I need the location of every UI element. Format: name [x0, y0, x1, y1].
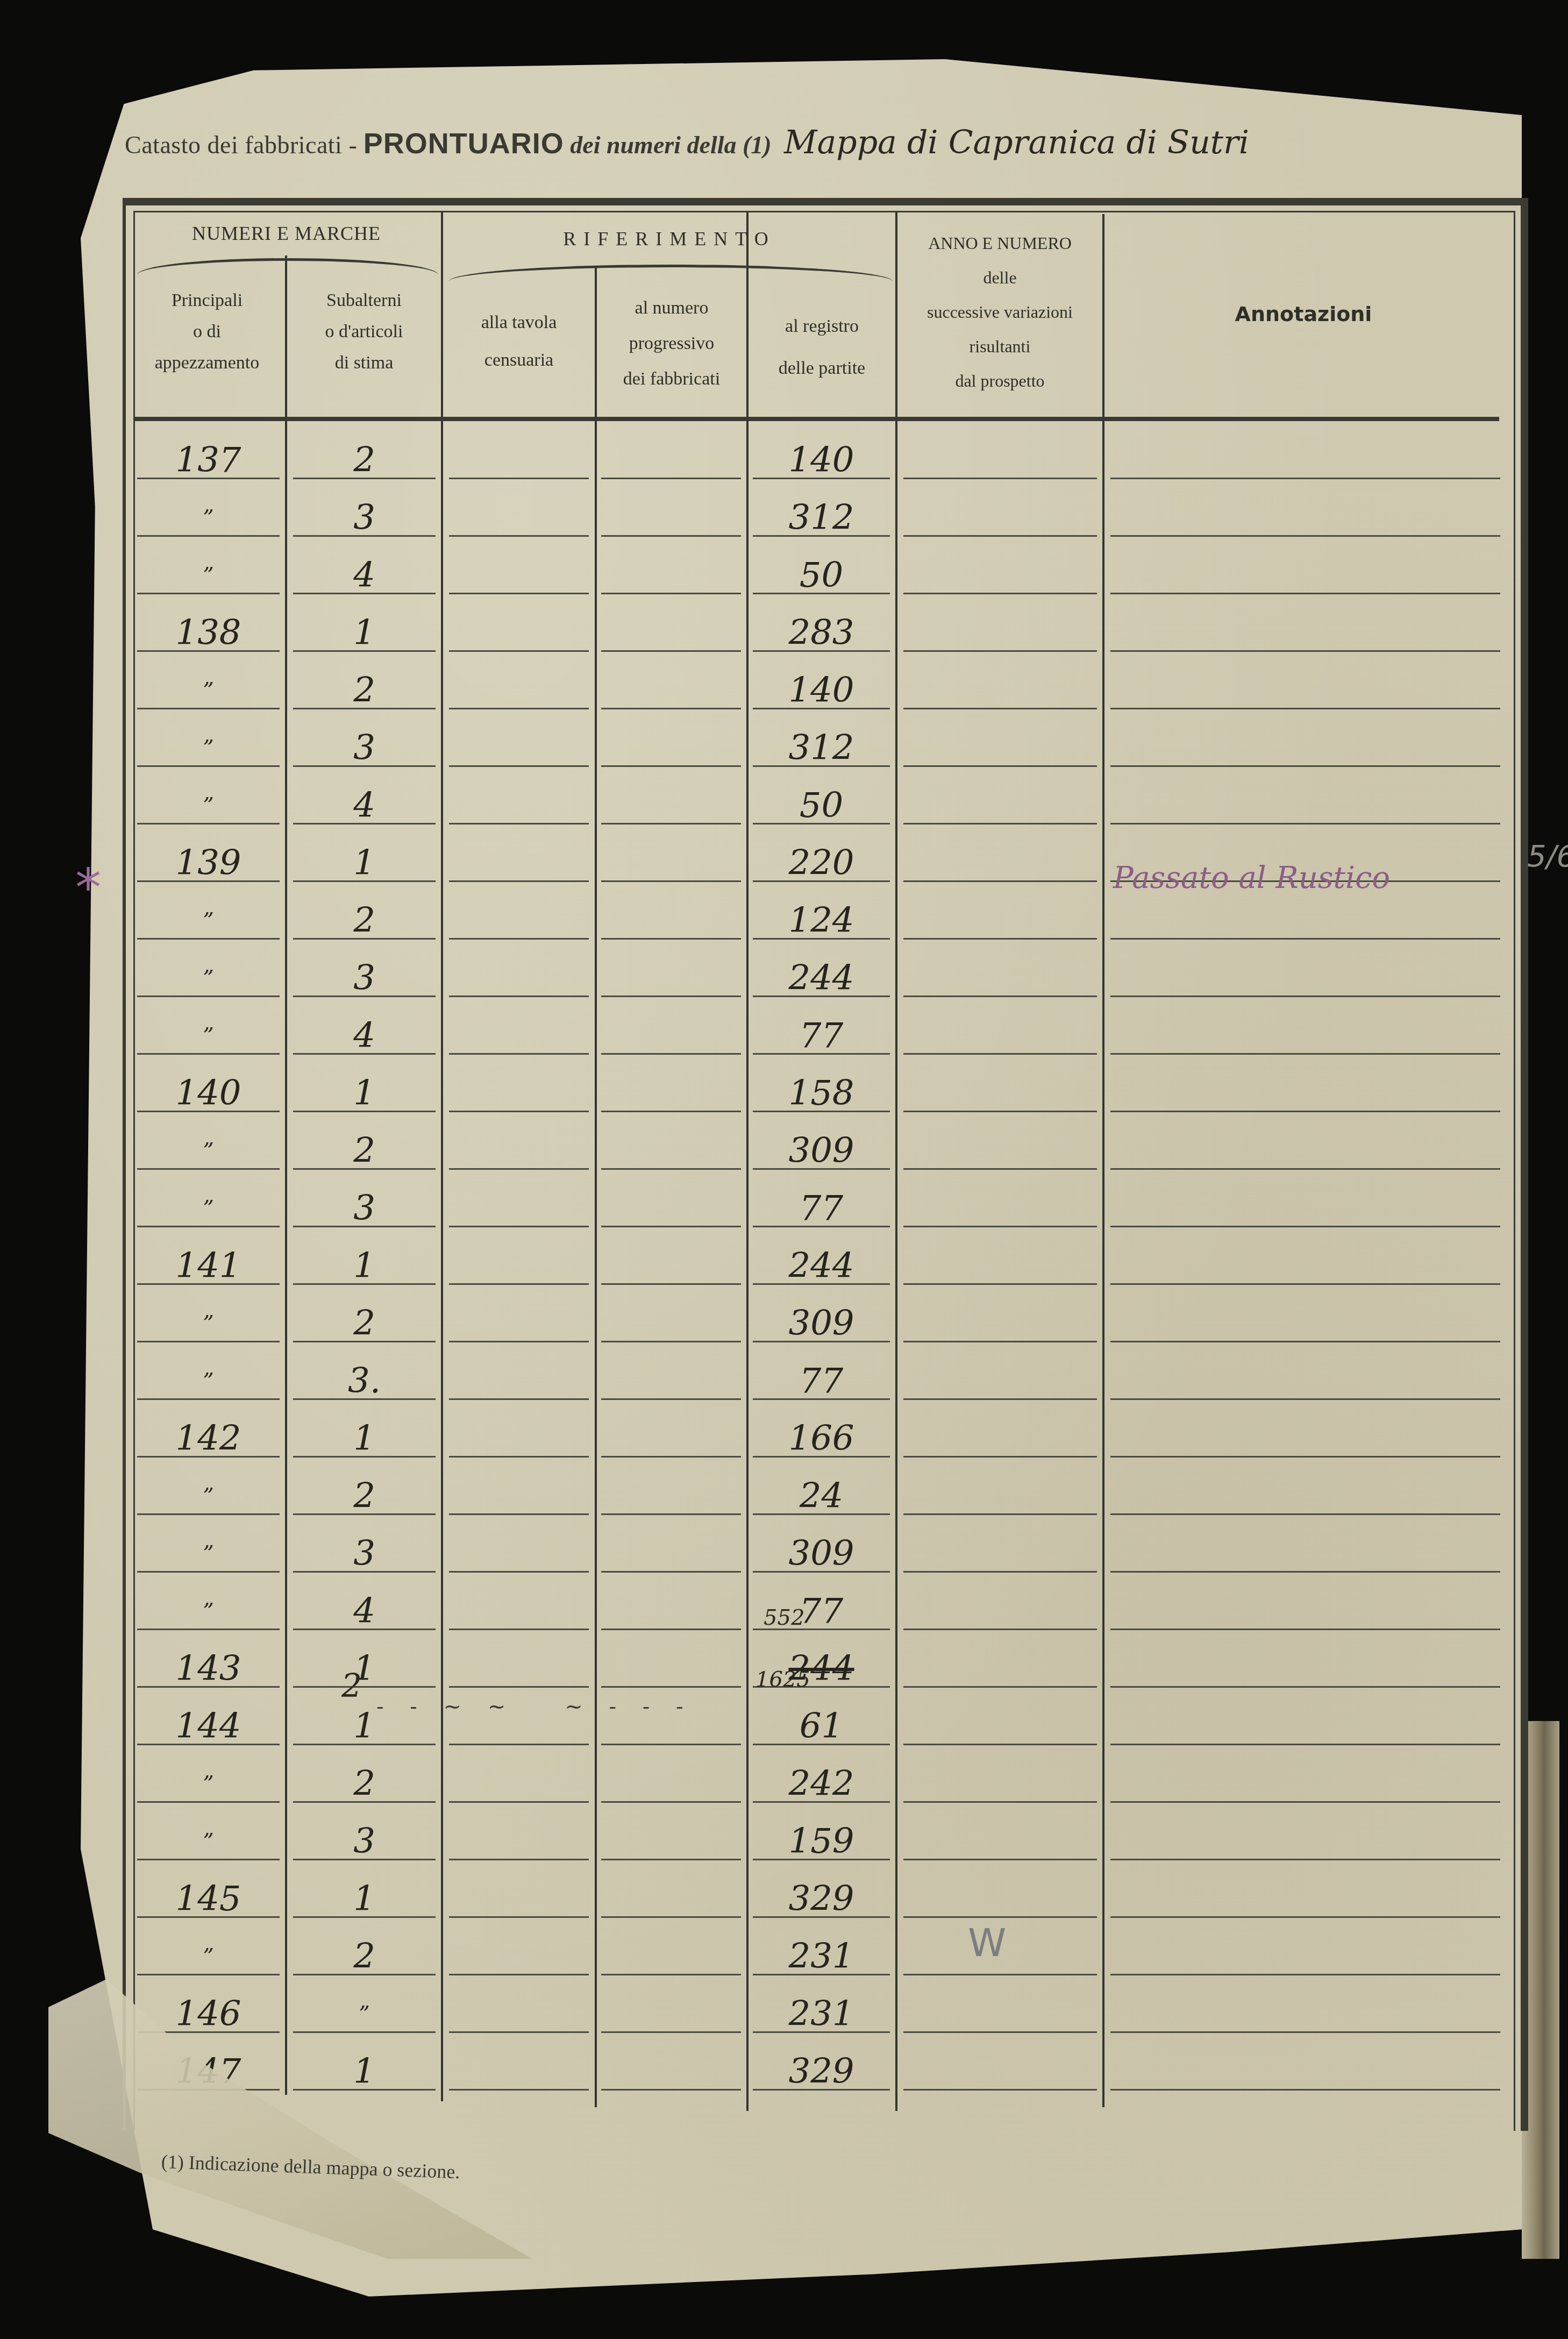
- row-rule: [903, 1513, 1097, 1515]
- row-rule: [601, 1283, 741, 1285]
- row-rule: [903, 1168, 1097, 1170]
- row-rule: [601, 765, 741, 767]
- row-rule: [601, 1456, 741, 1458]
- cell-principale: ”: [137, 899, 280, 942]
- row-rule: [903, 1801, 1097, 1803]
- title-subtitle: dei numeri della (1): [570, 131, 771, 159]
- row-rule: [903, 880, 1097, 882]
- cell-registro: 24: [753, 1475, 890, 1518]
- row-rule: [903, 650, 1097, 652]
- row-rule: [903, 1341, 1097, 1342]
- cell-subalterno: 3: [293, 1187, 436, 1230]
- row-rule: [903, 1629, 1097, 1630]
- margin-pencil-note: 5/60: [1527, 839, 1568, 874]
- header-rule: [133, 417, 1499, 421]
- row-rule: [1110, 650, 1500, 652]
- row-rule: [449, 1859, 589, 1860]
- row-rule: [903, 823, 1097, 824]
- col-divider: [1102, 214, 1104, 2107]
- cell-principale: 143: [137, 1647, 280, 1690]
- cell-principale: 137: [137, 439, 280, 482]
- header-tavola: alla tavola censuaria: [443, 304, 595, 379]
- col-divider: [441, 211, 443, 2101]
- cell-registro: 158: [753, 1072, 890, 1115]
- cell-registro: 244: [753, 1245, 890, 1288]
- correction-sub-2: 2: [341, 1667, 362, 1705]
- row-rule: [1110, 1513, 1500, 1515]
- row-rule: [903, 996, 1097, 997]
- row-rule: [1110, 1341, 1500, 1342]
- row-rule: [449, 1226, 589, 1227]
- cell-subalterno: 1: [293, 1417, 436, 1460]
- cell-subalterno: 2: [293, 1302, 436, 1345]
- cell-registro: 312: [753, 496, 890, 539]
- cell-registro: 244: [753, 957, 890, 1000]
- title-handwritten-mappa: Mappa di Capranica di Sutri: [784, 124, 1249, 161]
- cell-subalterno: 4: [293, 784, 436, 827]
- row-rule: [903, 1398, 1097, 1400]
- pencil-mark: W: [968, 1920, 1006, 1965]
- row-rule: [601, 2089, 741, 2091]
- row-rule: [449, 1513, 589, 1515]
- cell-principale: ”: [137, 1590, 280, 1633]
- cell-subalterno: 3: [293, 1532, 436, 1575]
- asterisk-marker: *: [75, 858, 101, 918]
- row-rule: [601, 593, 741, 594]
- header-registro: al registro delle partite: [749, 305, 895, 389]
- row-rule: [601, 1859, 741, 1860]
- header-anno-numero: ANNO E NUMERO delle successive variazion…: [897, 226, 1102, 398]
- row-rule: [449, 650, 589, 652]
- cell-registro: 166: [753, 1417, 890, 1460]
- row-rule: [1110, 938, 1500, 940]
- row-rule: [903, 708, 1097, 709]
- cell-principale: ”: [137, 1820, 280, 1863]
- row-rule: [449, 765, 589, 767]
- row-rule: [903, 1571, 1097, 1573]
- row-rule: [601, 1341, 741, 1342]
- title-main: PRONTUARIO: [364, 127, 564, 160]
- row-rule: [601, 1629, 741, 1630]
- row-rule: [601, 1513, 741, 1515]
- row-rule: [1110, 823, 1500, 824]
- row-rule: [601, 1168, 741, 1170]
- row-rule: [903, 1456, 1097, 1458]
- cell-registro: 124: [753, 899, 890, 942]
- row-rule: [449, 1801, 589, 1803]
- cell-subalterno: 3: [293, 957, 436, 1000]
- title-prefix: Catasto dei fabbricati -: [125, 131, 357, 159]
- row-rule: [449, 938, 589, 940]
- row-rule: [903, 2031, 1097, 2033]
- correction-552: 552: [764, 1605, 804, 1630]
- cell-registro: 329: [753, 1878, 890, 1921]
- row-rule: [903, 1744, 1097, 1745]
- cell-principale: 142: [137, 1417, 280, 1460]
- row-rule: [449, 1111, 589, 1112]
- cell-registro: 312: [753, 727, 890, 770]
- cell-registro: 231: [753, 1935, 890, 1978]
- cell-registro: 77: [753, 1187, 890, 1230]
- correction-1625: 1625: [756, 1667, 810, 1692]
- cell-registro: 77: [753, 1014, 890, 1057]
- cell-registro: 50: [753, 784, 890, 827]
- row-rule: [449, 1916, 589, 1918]
- cell-subalterno: 1: [293, 1647, 436, 1690]
- row-rule: [601, 1686, 741, 1688]
- cell-subalterno: 2: [293, 439, 436, 482]
- row-rule: [1110, 2031, 1500, 2033]
- cell-principale: ”: [137, 1302, 280, 1345]
- cell-subalterno: 4: [293, 1590, 436, 1633]
- row-rule: [903, 535, 1097, 537]
- cell-principale: ”: [137, 1129, 280, 1172]
- row-rule: [903, 1111, 1097, 1112]
- row-rule: [601, 478, 741, 479]
- row-rule: [601, 880, 741, 882]
- cell-subalterno: ”: [293, 1993, 436, 2036]
- dash-trail: ‐ ‐ ~ ~ ~ ‐ ‐ ‐: [376, 1694, 693, 1719]
- row-rule: [449, 478, 589, 479]
- row-rule: [601, 823, 741, 824]
- cell-registro: 140: [753, 669, 890, 712]
- cell-principale: ”: [137, 669, 280, 712]
- cell-subalterno: 3: [293, 727, 436, 770]
- row-rule: [903, 1916, 1097, 1918]
- cell-registro: 309: [753, 1129, 890, 1172]
- row-rule: [449, 1283, 589, 1285]
- col-divider: [285, 255, 287, 2095]
- cell-subalterno: 4: [293, 554, 436, 597]
- header-annotazioni: Annotazioni: [1104, 298, 1502, 330]
- cell-subalterno: 2: [293, 669, 436, 712]
- row-rule: [449, 1629, 589, 1630]
- row-rule: [601, 1974, 741, 1975]
- row-rule: [449, 823, 589, 824]
- row-rule: [601, 708, 741, 709]
- row-rule: [449, 2031, 589, 2033]
- row-rule: [1110, 1398, 1500, 1400]
- cell-principale: ”: [137, 957, 280, 1000]
- header-numero-progressivo: al numero progressivo dei fabbricati: [597, 290, 746, 397]
- row-rule: [449, 996, 589, 997]
- header-principali: Principali o di appezzamento: [129, 285, 285, 379]
- row-rule: [449, 708, 589, 709]
- row-rule: [449, 880, 589, 882]
- row-rule: [1110, 708, 1500, 709]
- col-divider: [746, 212, 749, 2111]
- row-rule: [1110, 1283, 1500, 1285]
- cell-registro: 50: [753, 554, 890, 597]
- cell-principale: 140: [137, 1072, 280, 1115]
- cell-registro: 231: [753, 1993, 890, 2036]
- row-rule: [1110, 765, 1500, 767]
- row-rule: [449, 593, 589, 594]
- row-rule: [601, 1111, 741, 1112]
- cell-registro: 220: [753, 842, 890, 885]
- row-rule: [1110, 535, 1500, 537]
- header-subalterni: Subalterni o d'articoli di stima: [287, 285, 441, 379]
- cell-registro: 329: [753, 2050, 890, 2093]
- row-rule: [1110, 1168, 1500, 1170]
- cell-subalterno: 3: [293, 1820, 436, 1863]
- row-rule: [1110, 1916, 1500, 1918]
- cell-subalterno: 1: [293, 1245, 436, 1288]
- row-rule: [449, 2089, 589, 2091]
- header-riferimento: RIFERIMENTO: [444, 223, 895, 254]
- row-rule: [1110, 1111, 1500, 1112]
- cell-subalterno: 2: [293, 1762, 436, 1805]
- row-rule: [601, 1571, 741, 1573]
- row-rule: [601, 650, 741, 652]
- cell-principale: ”: [137, 1360, 280, 1403]
- cell-principale: 138: [137, 612, 280, 655]
- cell-principale: 139: [137, 842, 280, 885]
- row-rule: [903, 1226, 1097, 1227]
- row-rule: [1110, 1801, 1500, 1803]
- cell-subalterno: 3.: [293, 1360, 436, 1403]
- cell-registro: 309: [753, 1532, 890, 1575]
- row-rule: [601, 1226, 741, 1227]
- row-rule: [1110, 2089, 1500, 2091]
- row-rule: [601, 996, 741, 997]
- col-divider: [595, 268, 597, 2107]
- cell-subalterno: 1: [293, 612, 436, 655]
- row-rule: [449, 1974, 589, 1975]
- row-rule: [601, 1053, 741, 1055]
- row-rule: [601, 2031, 741, 2033]
- row-rule: [903, 1974, 1097, 1975]
- row-rule: [449, 1744, 589, 1745]
- cell-principale: ”: [137, 496, 280, 539]
- row-rule: [903, 478, 1097, 479]
- cell-subalterno: 2: [293, 1475, 436, 1518]
- row-rule: [1110, 1629, 1500, 1630]
- row-rule: [1110, 1226, 1500, 1227]
- row-rule: [449, 1053, 589, 1055]
- cell-registro: 159: [753, 1820, 890, 1863]
- cell-subalterno: 3: [293, 496, 436, 539]
- row-rule: [1110, 1744, 1500, 1745]
- row-rule: [601, 1801, 741, 1803]
- cell-principale: 144: [137, 1705, 280, 1748]
- row-rule: [903, 1053, 1097, 1055]
- row-rule: [1110, 1456, 1500, 1458]
- cell-principale: ”: [137, 784, 280, 827]
- row-rule: [903, 1686, 1097, 1688]
- page-title: Catasto dei fabbricati - PRONTUARIO dei …: [125, 124, 1249, 161]
- row-rule: [903, 593, 1097, 594]
- cell-subalterno: 2: [293, 899, 436, 942]
- row-rule: [1110, 1686, 1500, 1688]
- cell-principale: ”: [137, 1532, 280, 1575]
- row-rule: [1110, 1571, 1500, 1573]
- cell-registro: 242: [753, 1762, 890, 1805]
- row-rule: [449, 1341, 589, 1342]
- cell-subalterno: 2: [293, 1935, 436, 1978]
- cell-principale: ”: [137, 727, 280, 770]
- cell-subalterno: 1: [293, 1072, 436, 1115]
- cell-principale: ”: [137, 1475, 280, 1518]
- row-rule: [903, 2089, 1097, 2091]
- header-numeri-e-marche: NUMERI E MARCHE: [132, 218, 441, 249]
- col-divider: [895, 212, 897, 2111]
- row-rule: [1110, 1974, 1500, 1975]
- cell-principale: ”: [137, 1935, 280, 1978]
- row-rule: [1110, 1859, 1500, 1860]
- cell-principale: 145: [137, 1878, 280, 1921]
- row-rule: [903, 1283, 1097, 1285]
- row-rule: [1110, 996, 1500, 997]
- row-rule: [1110, 593, 1500, 594]
- row-rule: [1110, 1053, 1500, 1055]
- cell-principale: ”: [137, 1762, 280, 1805]
- cell-subalterno: 1: [293, 842, 436, 885]
- cell-registro: 283: [753, 612, 890, 655]
- cell-principale: ”: [137, 1014, 280, 1057]
- cell-subalterno: 4: [293, 1014, 436, 1057]
- cell-registro: 140: [753, 439, 890, 482]
- cell-subalterno: 1: [293, 1878, 436, 1921]
- row-rule: [601, 535, 741, 537]
- row-rule: [449, 1571, 589, 1573]
- row-rule: [601, 1398, 741, 1400]
- row-rule: [601, 1744, 741, 1745]
- row-rule: [903, 765, 1097, 767]
- row-rule: [601, 938, 741, 940]
- cell-registro: 61: [753, 1705, 890, 1748]
- cell-principale: ”: [137, 554, 280, 597]
- row-rule: [903, 938, 1097, 940]
- row-rule: [449, 1686, 589, 1688]
- row-rule: [449, 535, 589, 537]
- cell-principale: ”: [137, 1187, 280, 1230]
- row-rule: [601, 1916, 741, 1918]
- row-rule: [449, 1456, 589, 1458]
- cell-registro: 77: [753, 1360, 890, 1403]
- row-rule: [449, 1398, 589, 1400]
- cell-subalterno: 2: [293, 1129, 436, 1172]
- cell-registro: 309: [753, 1302, 890, 1345]
- cell-subalterno: 1: [293, 2050, 436, 2093]
- row-rule: [1110, 478, 1500, 479]
- row-rule: [903, 1859, 1097, 1860]
- cell-principale: 141: [137, 1245, 280, 1288]
- row-rule: [449, 1168, 589, 1170]
- annotation-passato: Passato al Rustico: [1113, 861, 1390, 895]
